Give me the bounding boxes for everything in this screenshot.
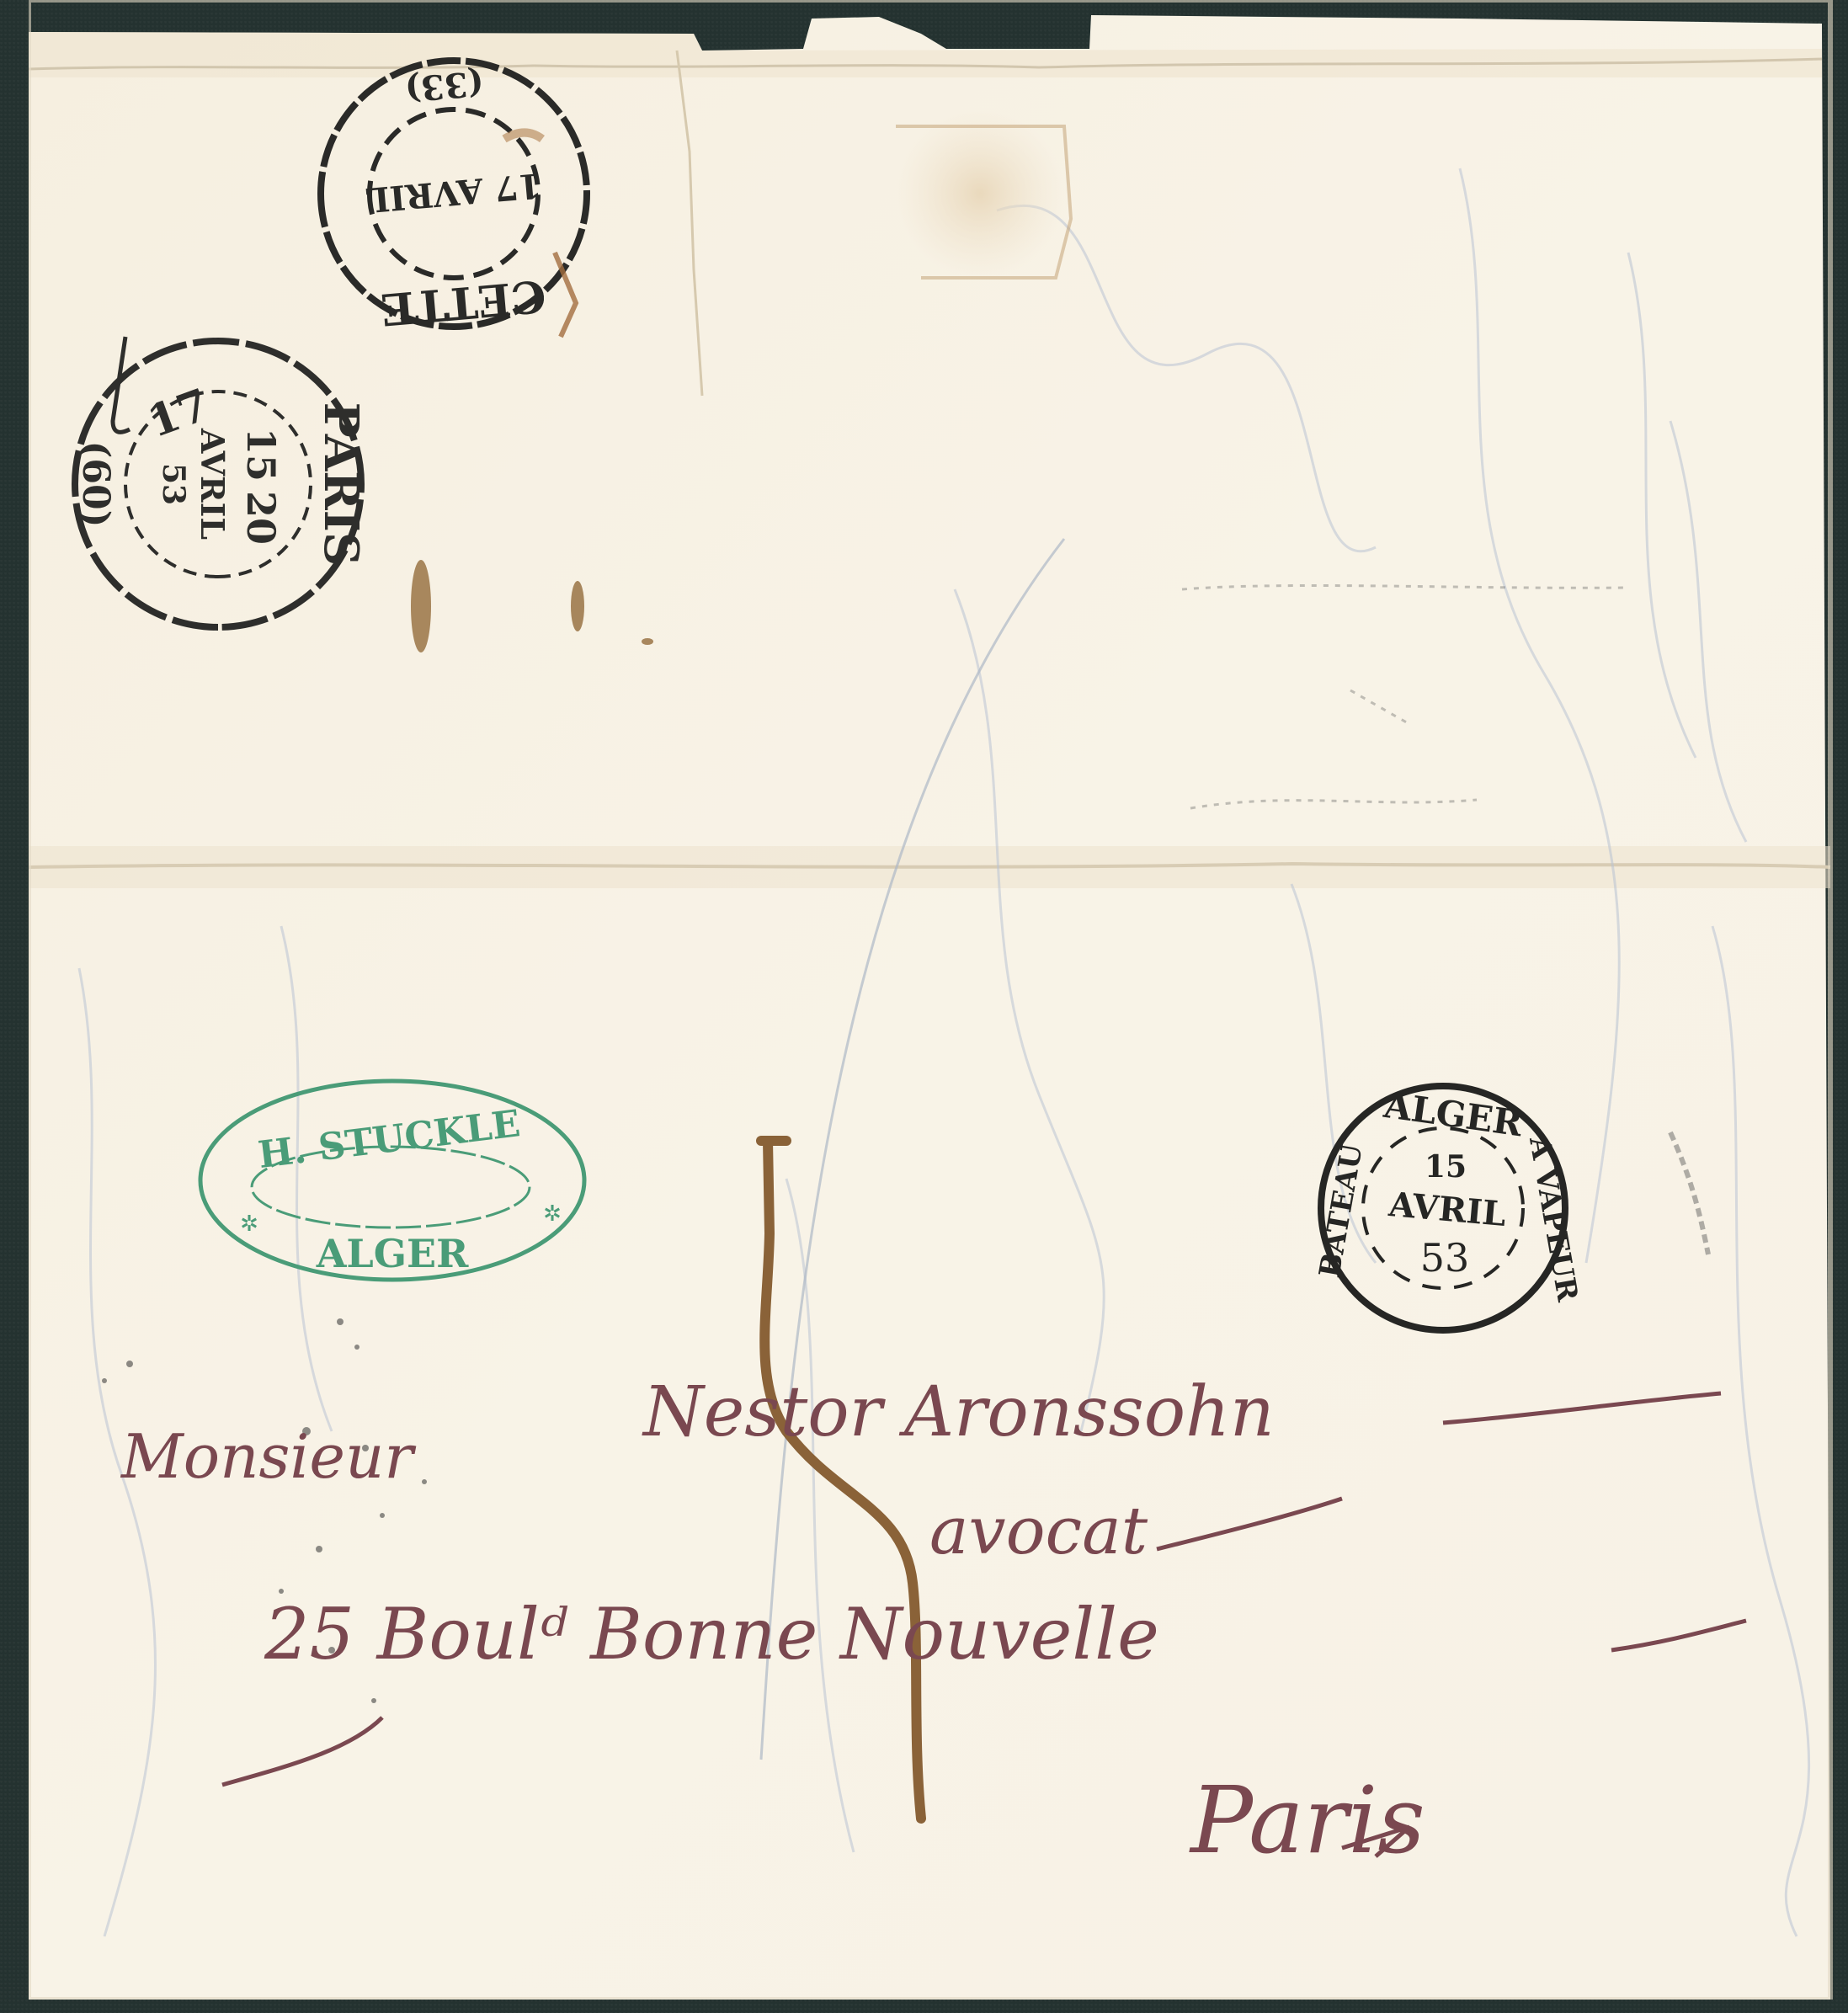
paris-city-name: PARIS: [313, 402, 369, 567]
paris-year: 53: [156, 463, 191, 505]
address-profession: avocat: [929, 1494, 1148, 1569]
paris-office-number: (60): [74, 441, 117, 528]
paris-month: AVRIL: [194, 428, 232, 540]
paris-time: 20: [238, 491, 284, 545]
alger-day: 15: [1425, 1149, 1467, 1185]
address-name: Nestor Aronssohn: [642, 1372, 1275, 1452]
paris-day: 15: [238, 428, 284, 482]
cachet-city: ALGER: [316, 1231, 469, 1276]
address-city: Paris: [1189, 1766, 1425, 1874]
cachet-star-right-icon: ✲: [543, 1201, 562, 1227]
address-street: 25 Boulᵈ Bonne Nouvelle: [264, 1593, 1159, 1675]
cette-dept-number: (33): [403, 63, 485, 109]
cachet-star-left-icon: ✲: [240, 1212, 258, 1237]
alger-year: 53: [1420, 1235, 1470, 1281]
paper-body: [29, 15, 1830, 2000]
letter-sheet: CETTE (33) 17 AVRIL PARIS (60) 15 20 AVR…: [29, 0, 1839, 2000]
address-salutation: Monsieur: [120, 1421, 416, 1492]
